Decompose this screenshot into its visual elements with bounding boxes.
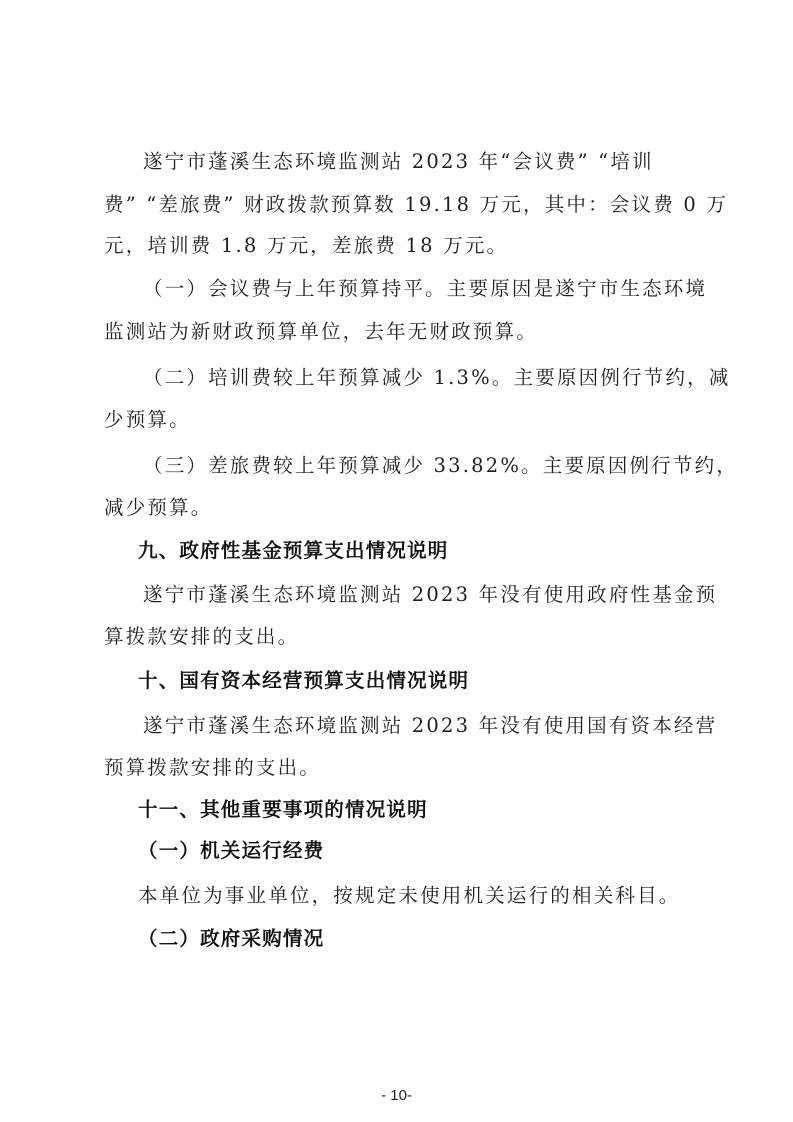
paragraph-line: 本单位为事业单位，按规定未使用机关运行的相关科目。 <box>138 884 681 908</box>
paragraph-line: 遂宁市蓬溪生态环境监测站 2023 年“会议费” “培训 <box>143 150 654 174</box>
section-heading: 十、国有资本经营预算支出情况说明 <box>138 669 469 693</box>
paragraph-line: （一）会议费与上年预算持平。主要原因是遂宁市生态环境 <box>143 277 707 301</box>
paragraph-line: 算拨款安排的支出。 <box>104 625 299 649</box>
document-page: 遂宁市蓬溪生态环境监测站 2023 年“会议费” “培训 费” “差旅费” 财政… <box>0 0 793 1122</box>
section-heading: 十一、其他重要事项的情况说明 <box>138 798 428 822</box>
paragraph-line: 费” “差旅费” 财政拨款预算数 19.18 万元，其中：会议费 0 万 <box>104 193 728 217</box>
paragraph-line: 减少预算。 <box>104 496 213 520</box>
paragraph-line: （三）差旅费较上年预算减少 33.82%。主要原因例行节约， <box>143 454 738 478</box>
paragraph-line: 遂宁市蓬溪生态环境监测站 2023 年没有使用政府性基金预 <box>143 583 717 607</box>
paragraph-line: （二）培训费较上年预算减少 1.3%。主要原因例行节约，减 <box>143 366 731 390</box>
paragraph-line: 少预算。 <box>104 408 191 432</box>
paragraph-line: 遂宁市蓬溪生态环境监测站 2023 年没有使用国有资本经营 <box>143 714 717 738</box>
paragraph-line: 监测站为新财政预算单位，去年无财政预算。 <box>104 320 538 344</box>
page-number: - 10- <box>0 1087 793 1104</box>
paragraph-line: 元，培训费 1.8 万元，差旅费 18 万元。 <box>104 234 508 258</box>
section-heading: 九、政府性基金预算支出情况说明 <box>138 539 449 563</box>
subsection-heading: （二）政府采购情况 <box>138 927 324 951</box>
paragraph-line: 预算拨款安排的支出。 <box>104 756 321 780</box>
subsection-heading: （一）机关运行经费 <box>138 839 324 863</box>
